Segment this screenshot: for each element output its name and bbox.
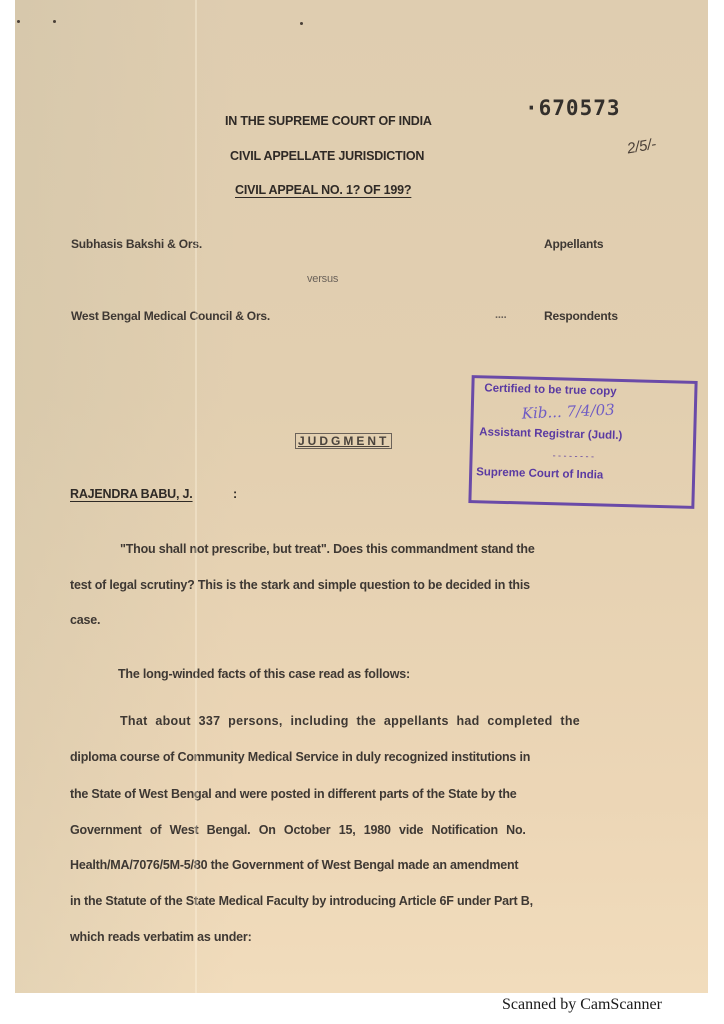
margin-handwriting: 2/5/- bbox=[626, 136, 658, 158]
scanned-page: ·670573 2/5/- IN THE SUPREME COURT OF IN… bbox=[15, 0, 708, 993]
jurisdiction-heading: CIVIL APPELLATE JURISDICTION bbox=[230, 149, 424, 163]
paragraph-1-line-1: "Thou shall not prescribe, but treat". D… bbox=[120, 542, 535, 556]
scan-speck bbox=[300, 22, 303, 25]
document-number-stamp: ·670573 bbox=[525, 96, 621, 120]
stamp-dashes: - - - - - - - - bbox=[553, 450, 595, 461]
judge-name: RAJENDRA BABU, J. bbox=[70, 487, 193, 501]
paragraph-1-line-2: test of legal scrutiny? This is the star… bbox=[70, 578, 530, 592]
scan-speck bbox=[17, 20, 20, 23]
appellants-name: Subhasis Bakshi & Ors. bbox=[71, 237, 202, 251]
court-heading: IN THE SUPREME COURT OF INDIA bbox=[225, 114, 432, 128]
paragraph-3-line-1: That about 337 persons, including the ap… bbox=[120, 714, 580, 728]
stamp-signature: Kib... 7/4/03 bbox=[521, 401, 615, 423]
respondents-dots: .... bbox=[495, 309, 506, 321]
paragraph-3-line-7: which reads verbatim as under: bbox=[70, 930, 252, 944]
judge-colon: : bbox=[233, 487, 237, 501]
appellants-role: Appellants bbox=[544, 237, 603, 251]
stamp-certified-text: Certified to be true copy bbox=[484, 382, 617, 397]
stamp-court-text: Supreme Court of India bbox=[476, 466, 603, 481]
paragraph-3-line-3: the State of West Bengal and were posted… bbox=[70, 787, 517, 801]
scan-speck bbox=[53, 20, 56, 23]
respondents-role: Respondents bbox=[544, 309, 618, 323]
camscanner-watermark: Scanned by CamScanner bbox=[502, 996, 662, 1014]
versus-label: versus bbox=[307, 273, 338, 285]
paragraph-3-line-4: Government of West Bengal. On October 15… bbox=[70, 823, 526, 837]
respondents-name: West Bengal Medical Council & Ors. bbox=[71, 309, 270, 323]
judgment-title: JUDGMENT bbox=[295, 433, 392, 449]
paragraph-3-line-6: in the Statute of the State Medical Facu… bbox=[70, 894, 533, 908]
case-number-heading: CIVIL APPEAL NO. 1? OF 199? bbox=[235, 183, 411, 197]
paragraph-1-line-3: case. bbox=[70, 613, 100, 627]
certified-copy-stamp: Certified to be true copy Kib... 7/4/03 … bbox=[468, 375, 697, 509]
paragraph-2-line-1: The long-winded facts of this case read … bbox=[118, 667, 410, 681]
paragraph-3-line-5: Health/MA/7076/5M-5/80 the Government of… bbox=[70, 858, 518, 872]
paragraph-3-line-2: diploma course of Community Medical Serv… bbox=[70, 750, 530, 764]
stamp-registrar-text: Assistant Registrar (Judl.) bbox=[479, 426, 622, 442]
